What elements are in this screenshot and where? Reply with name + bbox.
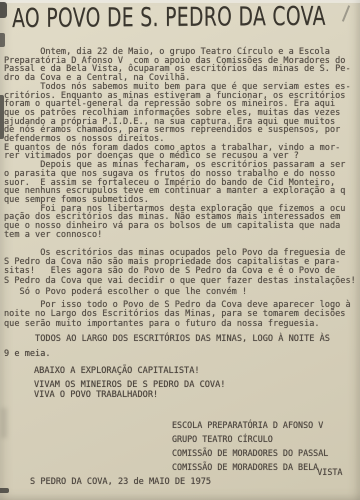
slogan-long-live-miners: VIVAM OS MINEIROS DE S PEDRO DA COVA! [34, 380, 225, 390]
signature-residents-committee-passal: COMISSÃO DE MORADORES DO PASSAL [172, 448, 343, 462]
body-line-only-the-people: Só o Povo poderá escolher o que lhe conv… [4, 288, 247, 297]
signature-residents-committee-bela-vista: COMISSÃO DE MORADORES DA BELAVISTA [172, 462, 343, 476]
signature-theatre-group: GRUPO TEATRO CÍRCULO [172, 434, 343, 448]
dateline: S PEDRO DA COVA, 23 de MAIO DE 1975 [30, 477, 211, 487]
scanned-flyer-page: AO POVO DE S. PEDRO DA COVA Ontem, dia 2… [0, 0, 360, 500]
signature-block: ESCOLA PREPARATÓRIA D AFONSO V GRUPO TEA… [172, 420, 343, 476]
scan-artifact-left-upper [0, 33, 5, 47]
signature-bela-text: COMISSÃO DE MORADORES DA BELA [172, 462, 318, 472]
slogan-long-live-working-people: VIVA O POVO TRABALHADOR! [34, 390, 158, 400]
scan-smudge-left [1, 408, 7, 438]
body-paragraphs-1: Ontem, dia 22 de Maio, o grupo Teatro Cí… [4, 48, 351, 239]
call-time-line: 9 e meia. [4, 350, 51, 359]
scan-artifact-bottom-left [0, 488, 9, 493]
body-paragraph-meeting-call: Por isso todo o Povo de S Pedro da Cova … [4, 301, 351, 329]
scan-artifact-top-left [0, 2, 7, 18]
call-to-gather-line: TODOS AO LARGO DOS ESCRITÓRIOS DAS MINAS… [4, 335, 330, 344]
body-paragraph-occupied-offices: Os escritórios das minas ocupados pelo P… [4, 249, 356, 286]
slogan-down-with-capitalist-exploitation: ABAIXO A EXPLORAÇÃO CAPITALISTA! [34, 366, 200, 376]
signature-school: ESCOLA PREPARATÓRIA D AFONSO V [172, 420, 343, 434]
scan-artifact-left-line [0, 95, 4, 139]
signature-vista-dropped-text: VISTA [317, 467, 342, 477]
page-title: AO POVO DE S. PEDRO DA COVA [12, 4, 326, 32]
pen-stroke-mark [342, 5, 350, 22]
